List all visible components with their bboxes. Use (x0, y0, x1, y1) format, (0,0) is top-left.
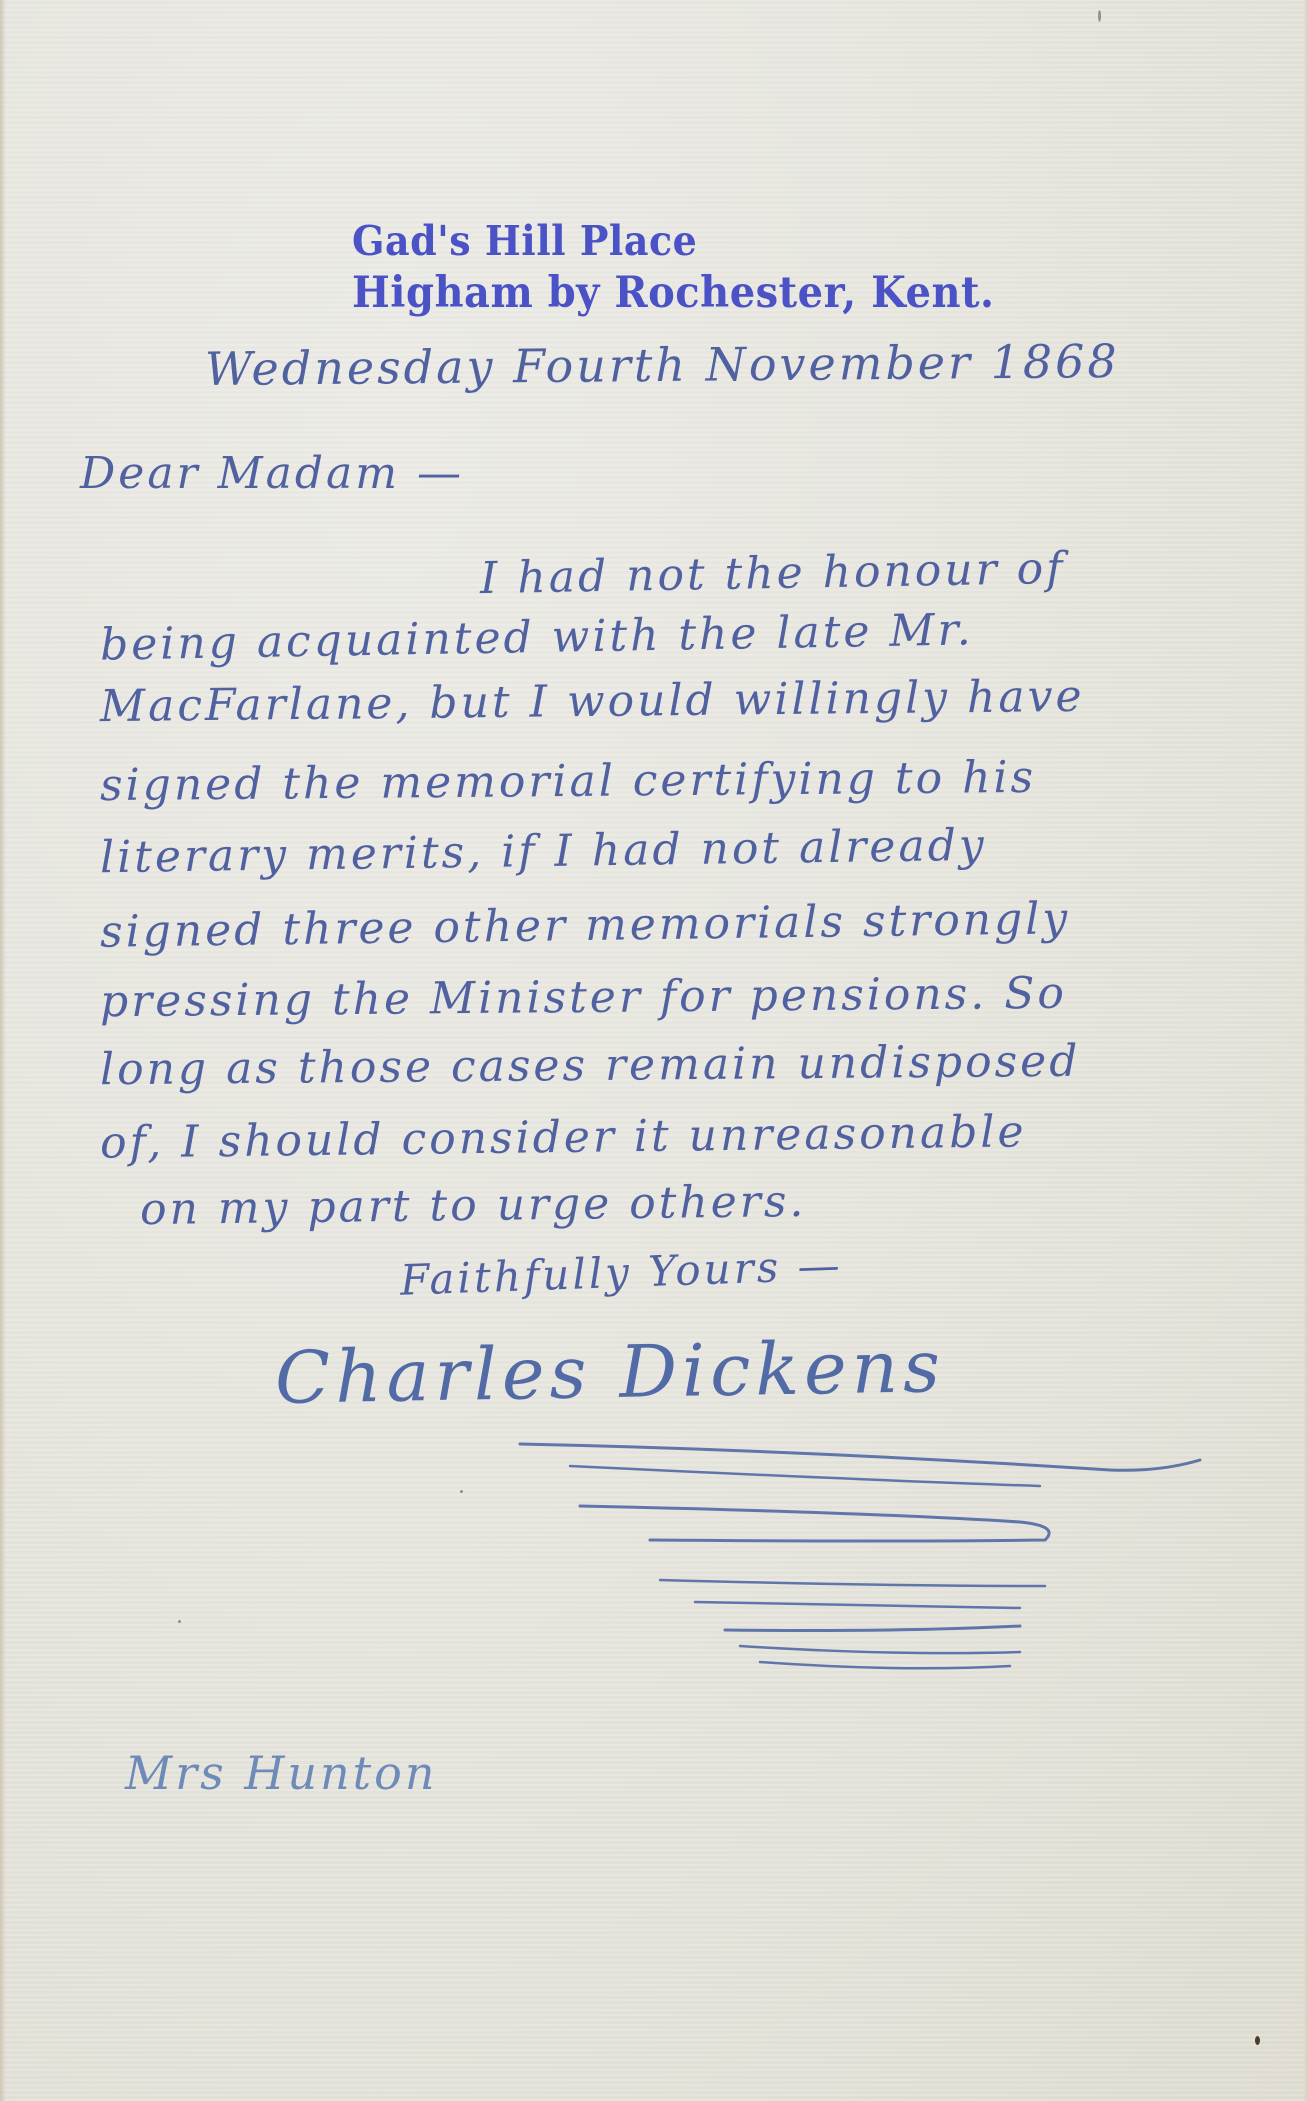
paper-speck (460, 1490, 463, 1493)
letter-date: Wednesday Fourth November 1868 (205, 334, 1120, 396)
closing: Faithfully Yours — (399, 1240, 843, 1304)
letterhead: Gad's Hill Place Higham by Rochester, Ke… (352, 214, 994, 318)
body-line: long as those cases remain undisposed (100, 1036, 1081, 1096)
paper-speck (1255, 2036, 1260, 2045)
salutation: Dear Madam — (80, 448, 464, 499)
body-line: MacFarlane, but I would willingly have (100, 671, 1085, 732)
signature-flourish-icon (500, 1410, 1220, 1680)
body-line: signed the memorial certifying to his (100, 752, 1037, 811)
body-line: being acquainted with the late Mr. (100, 604, 974, 670)
letterhead-house-name: Gad's Hill Place (352, 214, 994, 268)
body-line: on my part to urge others. (140, 1176, 807, 1235)
body-line: literary merits, if I had not already (100, 820, 987, 883)
body-line: pressing the Minister for pensions. So (100, 968, 1067, 1027)
signature: Charles Dickens (274, 1324, 945, 1420)
body-line: of, I should consider it unreasonable (100, 1106, 1027, 1168)
addressee: Mrs Hunton (125, 1746, 438, 1800)
body-line: I had not the honour of (480, 543, 1066, 604)
letter-page: Gad's Hill Place Higham by Rochester, Ke… (0, 0, 1308, 2101)
letterhead-address: Higham by Rochester, Kent. (352, 264, 994, 322)
paper-speck (178, 1620, 181, 1623)
paper-speck (1098, 10, 1101, 22)
body-line: signed three other memorials strongly (100, 893, 1071, 958)
